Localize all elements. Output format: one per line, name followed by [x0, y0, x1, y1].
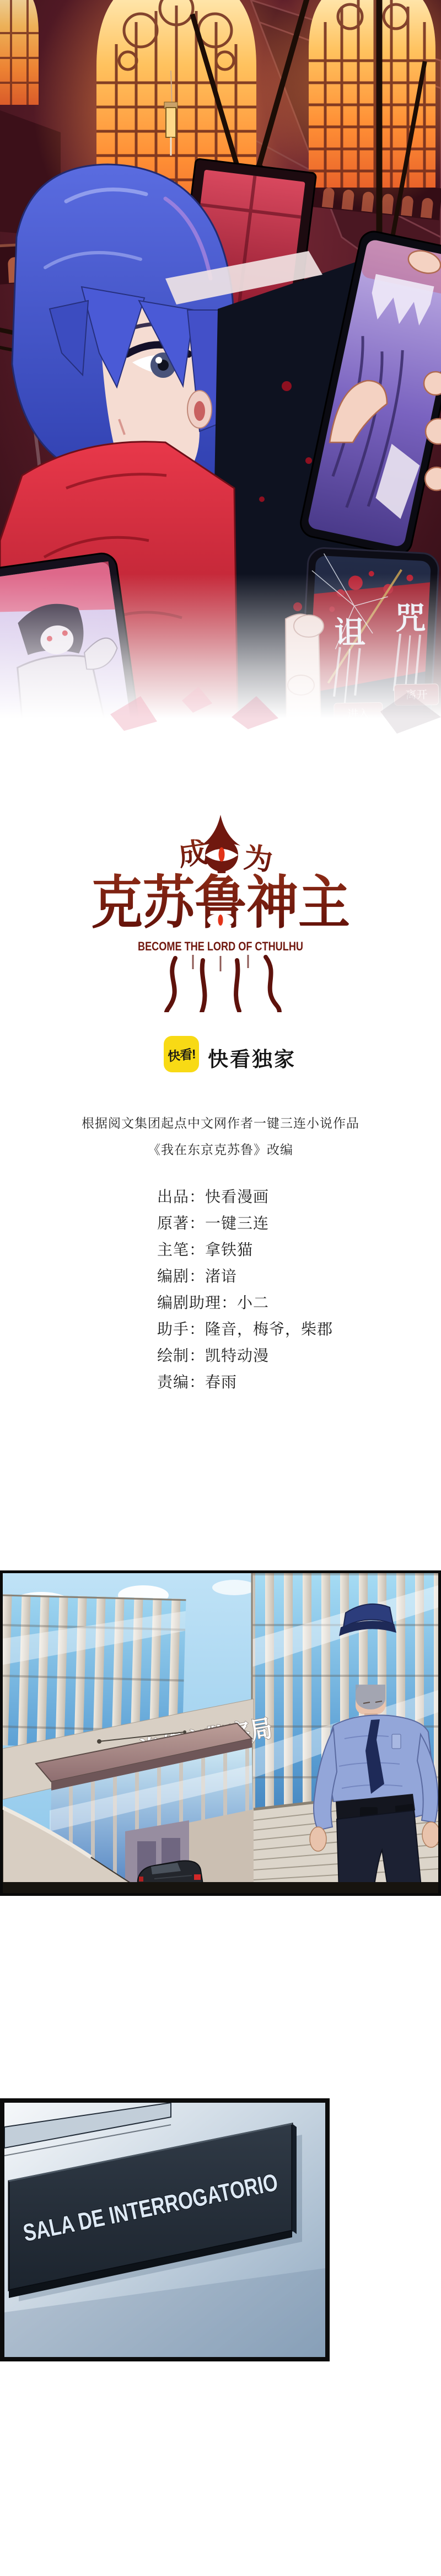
credit-line: 责编：春雨	[157, 1369, 333, 1396]
logo-tentacles	[166, 957, 279, 1012]
credit-line: 编剧：渚谙	[157, 1263, 333, 1290]
orb-eye-pupil	[219, 847, 225, 862]
cover-art-illustration: 诅 咒 进入 离开	[0, 0, 441, 750]
white-fade	[0, 574, 441, 750]
kuaikan-badge: 快看!	[164, 1036, 199, 1072]
adaptation-line-2: 《我在东京克苏鲁》改编	[0, 1136, 441, 1163]
officer-right-hand	[422, 1822, 438, 1847]
adaptation-line-1: 根据阅文集团起点中文网作者一键三连小说作品	[0, 1110, 441, 1136]
adaptation-note: 根据阅文集团起点中文网作者一键三连小说作品 《我在东京克苏鲁》改编	[0, 1110, 441, 1163]
credit-line: 出品：快看漫画	[157, 1184, 333, 1210]
series-logo: 成 为 克苏鲁神主 BECOME THE LORD OF CTHULHU	[0, 803, 441, 1012]
credit-line: 助手：隆音，梅爷，柴郡	[157, 1316, 333, 1343]
lu-eye-pupil	[218, 915, 223, 926]
credit-line: 主笔：拿铁猫	[157, 1237, 333, 1263]
police-station-panel: 洛都市警察局	[0, 1570, 441, 1896]
credit-line: 绘制：凯特动漫	[157, 1343, 333, 1369]
officer-badge	[392, 1734, 401, 1749]
police-station-illustration: 洛都市警察局	[3, 1573, 438, 1893]
officer-face-shadow	[356, 1685, 385, 1709]
comic-page: 诅 咒 进入 离开	[0, 0, 441, 2576]
kuaikan-badge-text: 快看!	[167, 1044, 196, 1065]
kuaikan-exclusive-label: 快看独家	[208, 1043, 296, 1072]
series-logo-art: 成 为 克苏鲁神主 BECOME THE LORD OF CTHULHU	[0, 803, 441, 1012]
credit-line: 原著：一键三连	[157, 1210, 333, 1237]
logo-pre-left: 成	[176, 836, 209, 872]
tail-light	[194, 1874, 201, 1880]
interrogation-illustration: SALA DE INTERROGATORIO	[4, 2103, 325, 2357]
credit-line: 编剧助理：小二	[157, 1290, 333, 1316]
cover-art-panel: 诅 咒 进入 离开	[0, 0, 441, 750]
stained-glass-window-corner	[0, 0, 39, 105]
logo-english-subtitle: BECOME THE LORD OF CTHULHU	[138, 939, 303, 953]
ear-inner	[194, 401, 205, 421]
stained-glass-window-right	[309, 0, 435, 188]
credits-list: 出品：快看漫画原著：一键三连主笔：拿铁猫编剧：渚谙编剧助理：小二助手：隆音，梅爷…	[157, 1184, 333, 1396]
officer-left-hand	[310, 1827, 326, 1851]
tail-light	[139, 1877, 143, 1882]
interrogation-panel: SALA DE INTERROGATORIO	[0, 2098, 330, 2361]
ground-strip	[3, 1882, 438, 1893]
